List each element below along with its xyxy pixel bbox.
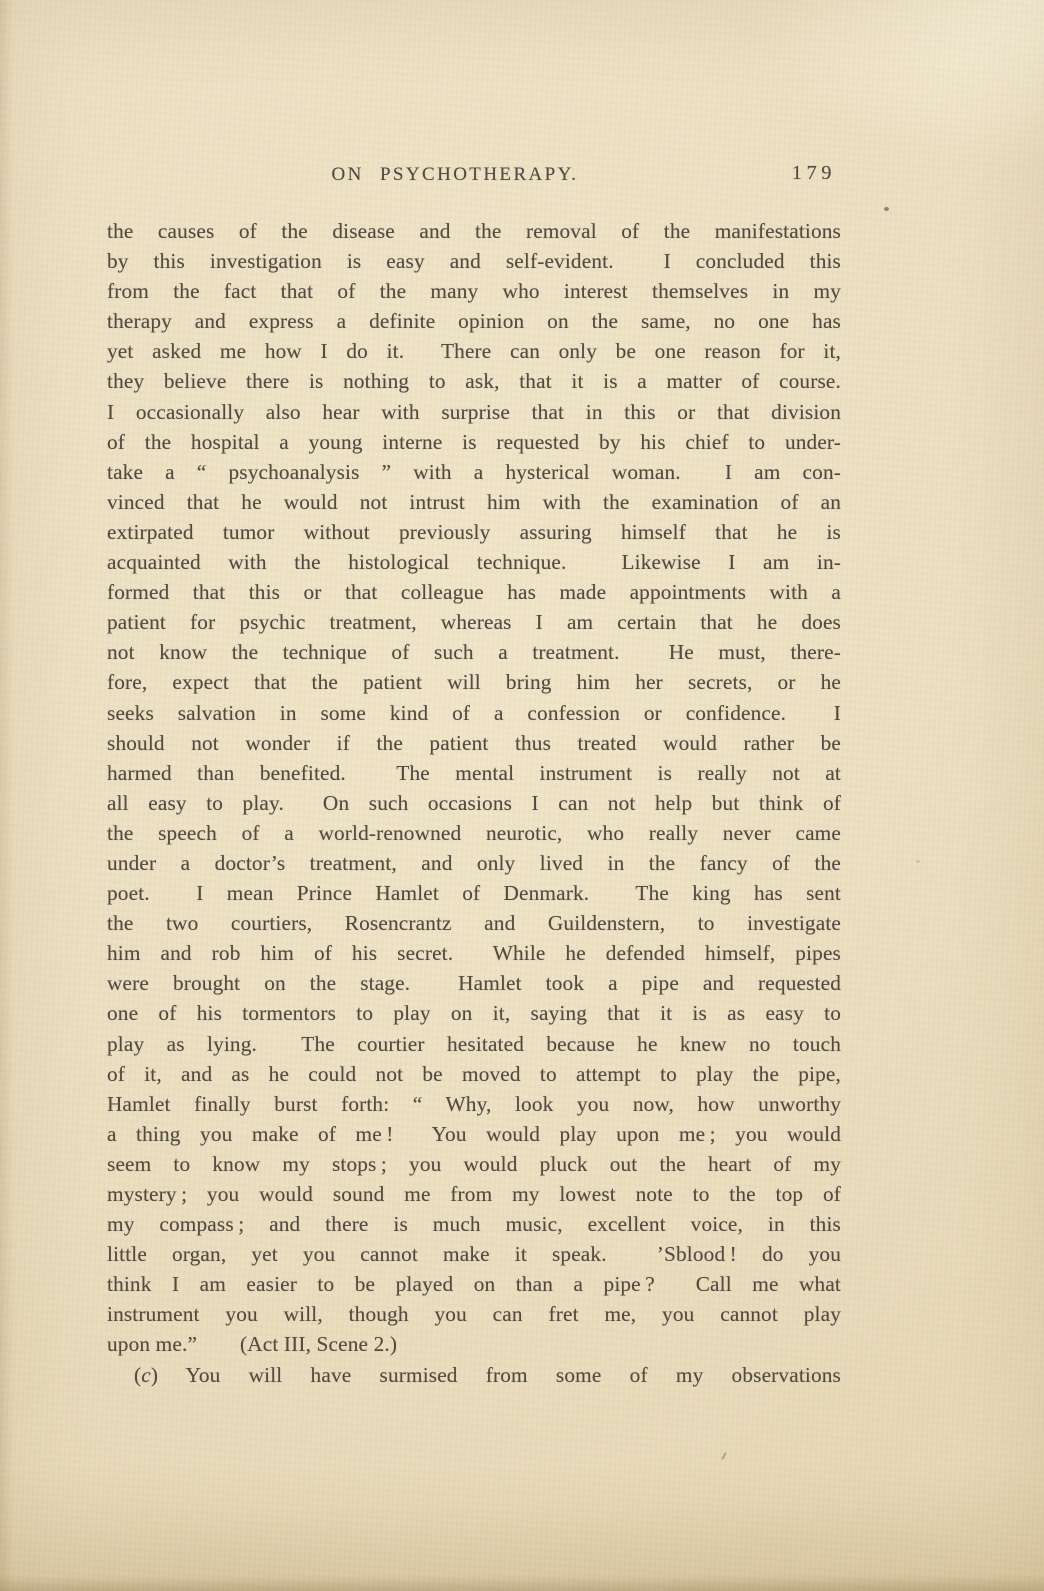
text-line: a thing you make of me ! You would play … — [107, 1119, 841, 1149]
text-line: from the fact that of the many who inter… — [107, 276, 841, 306]
text-line: think I am easier to be played on than a… — [107, 1269, 841, 1299]
text-line: therapy and express a definite opinion o… — [107, 306, 841, 336]
text-line: seeks salvation in some kind of a confes… — [107, 698, 841, 728]
text-line: formed that this or that colleague has m… — [107, 577, 841, 607]
paper-speck — [916, 860, 920, 863]
italic-c: c — [141, 1363, 151, 1387]
text-line: vinced that he would not intrust him wit… — [107, 487, 841, 517]
text-line: under a doctor’s treatment, and only liv… — [107, 848, 841, 878]
text-line: should not wonder if the patient thus tr… — [107, 728, 841, 758]
text-line: the causes of the disease and the remova… — [107, 216, 841, 246]
text-line: poet. I mean Prince Hamlet of Denmark. T… — [107, 878, 841, 908]
text-line: I occasionally also hear with surprise t… — [107, 397, 841, 427]
paragraph-text: ) You will have surmised from some of my… — [151, 1363, 841, 1387]
text-line: (c) You will have surmised from some of … — [107, 1360, 841, 1390]
text-line: one of his tormentors to play on it, say… — [107, 998, 841, 1028]
text-line: instrument you will, though you can fret… — [107, 1299, 841, 1329]
scanned-book-page: ON PSYCHOTHERAPY. 179 the causes of the … — [0, 0, 1044, 1591]
running-head: ON PSYCHOTHERAPY. — [107, 164, 841, 186]
text-line: Hamlet finally burst forth: “ Why, look … — [107, 1089, 841, 1119]
text-line: him and rob him of his secret. While he … — [107, 938, 841, 968]
text-line: play as lying. The courtier hesitated be… — [107, 1029, 841, 1059]
text-line: of the hospital a young interne is reque… — [107, 427, 841, 457]
text-line: the speech of a world-renowned neurotic,… — [107, 818, 841, 848]
page-number: 179 — [792, 162, 836, 185]
paper-speck — [884, 207, 889, 211]
text-line: little organ, yet you cannot make it spe… — [107, 1239, 841, 1269]
paper-speck — [721, 1452, 727, 1460]
text-line: acquainted with the histological techniq… — [107, 547, 841, 577]
text-line: they believe there is nothing to ask, th… — [107, 366, 841, 396]
text-line: fore, expect that the patient will bring… — [107, 667, 841, 697]
page-title: ON PSYCHOTHERAPY. — [332, 164, 579, 185]
text-line: all easy to play. On such occasions I ca… — [107, 788, 841, 818]
text-line: extirpated tumor without previously assu… — [107, 517, 841, 547]
text-line: seem to know my stops ; you would pluck … — [107, 1149, 841, 1179]
text-line: the two courtiers, Rosencrantz and Guild… — [107, 908, 841, 938]
body-text: the causes of the disease and the remova… — [107, 216, 841, 1390]
text-line: by this investigation is easy and self-e… — [107, 246, 841, 276]
text-line: mystery ; you would sound me from my low… — [107, 1179, 841, 1209]
text-line: take a “ psychoanalysis ” with a hysteri… — [107, 457, 841, 487]
text-line: yet asked me how I do it. There can only… — [107, 336, 841, 366]
text-line: patient for psychic treatment, whereas I… — [107, 607, 841, 637]
text-line: not know the technique of such a treatme… — [107, 637, 841, 667]
text-line: of it, and as he could not be moved to a… — [107, 1059, 841, 1089]
text-line: harmed than benefited. The mental instru… — [107, 758, 841, 788]
text-line: upon me.” (Act III, Scene 2.) — [107, 1329, 841, 1359]
text-line: my compass ; and there is much music, ex… — [107, 1209, 841, 1239]
text-line: were brought on the stage. Hamlet took a… — [107, 968, 841, 998]
